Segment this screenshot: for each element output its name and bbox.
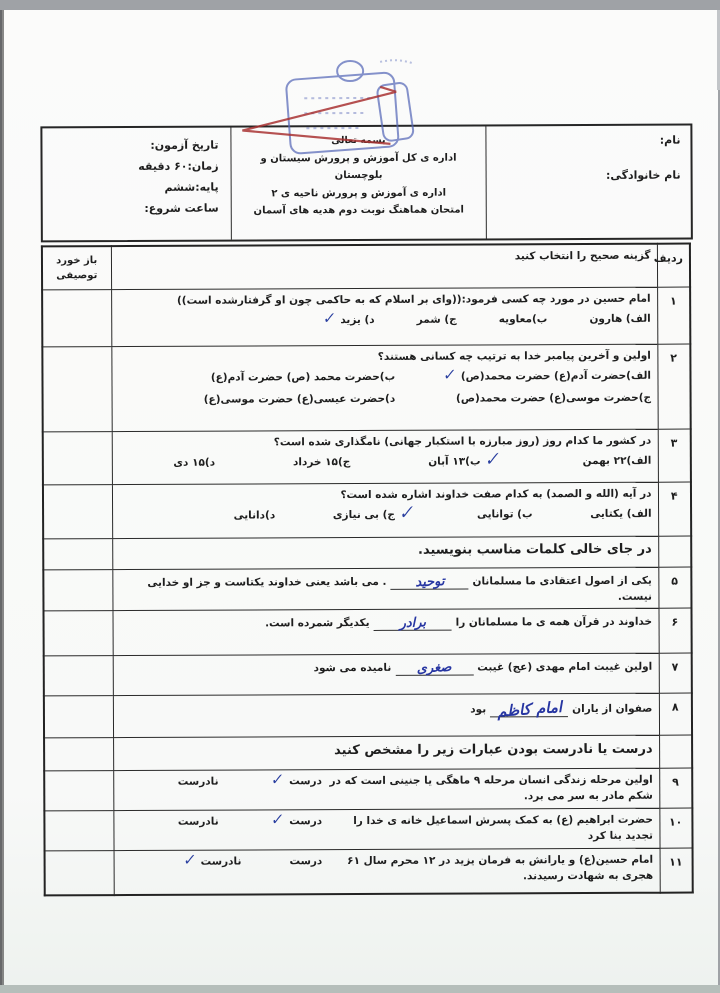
- start-time-label: ساعت شروع:: [55, 198, 219, 220]
- question-row-10: ۱۰ حضرت ابراهیم (ع) به کمک پسرش اسماعیل …: [44, 808, 692, 850]
- option-d: د) یزید: [340, 314, 374, 326]
- handwritten-answer: برادر: [399, 616, 426, 631]
- handwritten-answer: امام کاظم: [496, 699, 562, 720]
- handwritten-answer: صغری: [417, 661, 452, 677]
- question-number: ۵: [658, 567, 691, 609]
- question-row-5: ۵ یکی از اصول اعتقادی ما مسلمانانتوحید. …: [43, 567, 691, 611]
- table-header-row: ردیف گزینه صحیح را انتخاب کنید باز خورد …: [42, 244, 690, 290]
- option-a: الف) یکتایی: [590, 505, 651, 522]
- true-false-question: امام حسین(ع) و یارانش به فرمان یزید در ۱…: [120, 851, 653, 886]
- section2-header-row: در جای خالی کلمات مناسب بنویسید.: [43, 536, 691, 570]
- bismillah-line: بسمه تعالی: [235, 132, 481, 150]
- duration-label: زمان:۶۰ دقیقه: [55, 157, 219, 179]
- fill-question: اولین غیبت امام مهدی (عج) غیبتصغرینامیده…: [119, 659, 652, 678]
- false-label: نادرست: [201, 855, 242, 867]
- answer-checkmark: ✓: [484, 451, 501, 468]
- options-row: الف) یکتایی ب) توانایی ✓ج) بی نیازی د)دا…: [119, 505, 652, 524]
- row-number-column-header: ردیف: [657, 244, 690, 287]
- question-text: در کشور ما کدام روز (روز مبارزه با استکب…: [118, 432, 651, 451]
- answer-blank: برادر: [374, 616, 452, 632]
- true-false-options: درست✓ نادرست: [178, 773, 322, 790]
- question-text-after: یکدیگر شمرده است.: [265, 617, 370, 629]
- options-row: الف) هارون ب)معاویه ج) شمر د) یزید✓: [118, 310, 651, 329]
- question-number: ۷: [659, 653, 692, 693]
- exam-date-label: تاریخ آزمون:: [54, 136, 218, 158]
- question-text-before: صفوان از یاران: [572, 703, 652, 715]
- exam-info-section: تاریخ آزمون: زمان:۶۰ دقیقه پایه:ششم ساعت…: [42, 128, 230, 241]
- feedback-cell: [44, 696, 113, 738]
- question-number: ۴: [658, 482, 691, 536]
- option-d-selected: د) یزید✓: [318, 312, 375, 329]
- answer-checkmark: ✓: [271, 813, 285, 826]
- grade-label: پایه:ششم: [55, 177, 219, 199]
- answer-checkmark: ✓: [182, 853, 196, 866]
- section3-title: درست یا نادرست بودن عبارات زیر را مشخص ک…: [113, 735, 659, 770]
- feedback-cell: [42, 346, 111, 431]
- answer-checkmark: ✓: [443, 368, 457, 381]
- feedback-cell: [43, 484, 112, 538]
- true-false-question: حضرت ابراهیم (ع) به کمک پسرش اسماعیل خان…: [120, 812, 653, 847]
- feedback-cell: [44, 771, 113, 811]
- option-d: د)حضرت عیسی(ع) حضرت موسی(ع): [118, 391, 395, 408]
- question-text: حضرت ابراهیم (ع) به کمک پسرش اسماعیل خان…: [322, 812, 653, 846]
- feedback-column-header: باز خورد توصیفی: [42, 246, 111, 289]
- feedback-cell: [45, 850, 114, 895]
- exam-title-line: امتحان هماهنگ نوبت دوم هدیه های آسمان: [236, 202, 482, 221]
- name-label: نام:: [496, 134, 680, 148]
- false-option-selected: نادرست✓: [178, 853, 241, 870]
- section1-title: گزینه صحیح را انتخاب کنید: [111, 244, 657, 289]
- option-c-selected: ✓ج) بی نیازی: [333, 507, 419, 524]
- question-text: اولین و آخرین پیامبر خدا به ترتیب چه کسا…: [118, 347, 651, 366]
- fill-question: صفوان از یارانامام کاظمبود: [119, 699, 652, 720]
- empty-number-cell: [658, 536, 691, 567]
- true-option-selected: درست✓: [267, 813, 323, 830]
- question-row-1: ۱ امام حسین در مورد چه کسی فرمود:((وای ب…: [42, 287, 690, 347]
- scanned-exam-page: نام: نام خانوادگی: بسمه تعالی اداره ی کل…: [0, 0, 720, 993]
- question-text: امام حسین در مورد چه کسی فرمود:((وای بر …: [118, 290, 651, 309]
- true-false-options: درست✓ نادرست: [178, 813, 322, 830]
- options-grid: الف)حضرت آدم(ع) حضرت محمد(ص)✓ ب)حضرت محم…: [118, 367, 651, 408]
- question-text-after: نامیده می شود: [314, 662, 392, 674]
- question-text-before: خداوند در قرآن همه ی ما مسلمانان را: [456, 616, 653, 629]
- question-text: در آیه (الله و الصمد) به کدام صفت خداوند…: [118, 485, 651, 504]
- question-row-8: ۸ صفوان از یارانامام کاظمبود: [44, 693, 692, 738]
- section3-header-row: درست یا نادرست بودن عبارات زیر را مشخص ک…: [44, 735, 692, 771]
- question-text-after: بود: [470, 704, 486, 716]
- true-false-options: درست نادرست✓: [178, 853, 322, 870]
- org-line-2: اداره ی آموزش و پرورش ناحیه ی ۲: [236, 184, 482, 203]
- option-d: د)دانایی: [234, 507, 276, 523]
- true-label: درست: [289, 775, 322, 787]
- question-number: ۶: [658, 608, 691, 653]
- true-label: درست: [289, 853, 322, 869]
- fill-question: خداوند در قرآن همه ی ما مسلمانان رابرادر…: [119, 614, 652, 633]
- option-b: ب)حضرت محمد (ص) حضرت آدم(ع): [118, 369, 395, 386]
- option-c: ج) بی نیازی: [333, 509, 395, 521]
- question-row-9: ۹ اولین مرحله زندگی انسان مرحله ۹ ماهگی …: [44, 768, 692, 811]
- false-label: نادرست: [178, 814, 219, 830]
- question-number: ۱: [657, 287, 690, 344]
- question-row-11: ۱۱ امام حسین(ع) و یارانش به فرمان یزید د…: [45, 848, 693, 896]
- fill-question: یکی از اصول اعتقادی ما مسلمانانتوحید. می…: [119, 572, 652, 607]
- option-a-selected: الف)حضرت آدم(ع) حضرت محمد(ص)✓: [395, 367, 651, 384]
- option-a: الف)حضرت آدم(ع) حضرت محمد(ص): [461, 369, 651, 382]
- exam-header-box: نام: نام خانوادگی: بسمه تعالی اداره ی کل…: [40, 124, 692, 243]
- question-number: ۱۰: [659, 808, 692, 848]
- question-text-before: اولین غیبت امام مهدی (عج) غیبت: [477, 661, 652, 674]
- answer-blank: توحید: [390, 574, 468, 590]
- answer-blank: صغری: [395, 661, 473, 677]
- question-number: ۹: [659, 768, 692, 808]
- question-text: اولین مرحله زندگی انسان مرحله ۹ ماهگی یا…: [322, 772, 653, 806]
- feedback-cell: [43, 431, 112, 484]
- empty-number-cell: [659, 735, 692, 768]
- feedback-cell: [42, 289, 111, 346]
- option-b-selected: ✓ب)۱۳ آبان: [428, 453, 505, 470]
- question-row-6: ۶ خداوند در قرآن همه ی ما مسلمانان رابرا…: [43, 608, 691, 656]
- option-c: ج) شمر: [417, 311, 457, 327]
- question-text: امام حسین(ع) و یارانش به فرمان یزید در ۱…: [322, 851, 653, 885]
- option-b: ب) توانایی: [477, 506, 533, 523]
- question-row-7: ۷ اولین غیبت امام مهدی (عج) غیبتصغرینامی…: [44, 653, 692, 696]
- answer-checkmark: ✓: [271, 773, 285, 786]
- option-c: ج)حضرت موسی(ع) حضرت محمد(ص): [395, 390, 651, 407]
- question-text-before: یکی از اصول اعتقادی ما مسلمانان: [472, 574, 651, 587]
- true-false-question: اولین مرحله زندگی انسان مرحله ۹ ماهگی یا…: [120, 772, 653, 807]
- answer-blank: امام کاظم: [490, 699, 568, 717]
- answer-checkmark: ✓: [322, 311, 336, 324]
- question-number: ۸: [659, 693, 692, 735]
- answer-checkmark: ✓: [398, 505, 415, 522]
- question-number: ۳: [658, 429, 691, 482]
- true-label: درست: [289, 815, 322, 827]
- option-a: الف) هارون: [589, 310, 650, 327]
- family-name-label: نام خانوادگی:: [497, 169, 681, 183]
- feedback-cell: [44, 811, 113, 851]
- option-a: الف)۲۲ بهمن: [583, 452, 652, 469]
- option-c: ج)۱۵ خرداد: [293, 454, 350, 471]
- institution-section: بسمه تعالی اداره ی کل آموزش و پرورش سیست…: [230, 126, 485, 239]
- question-row-4: ۴ در آیه (الله و الصمد) به کدام صفت خداو…: [43, 482, 691, 539]
- question-number: ۱۱: [660, 848, 693, 893]
- question-row-3: ۳ در کشور ما کدام روز (روز مبارزه با است…: [43, 429, 691, 485]
- student-name-section: نام: نام خانوادگی:: [485, 126, 690, 239]
- section2-title: در جای خالی کلمات مناسب بنویسید.: [112, 536, 658, 569]
- question-number: ۲: [657, 344, 690, 429]
- exam-questions-table: ردیف گزینه صحیح را انتخاب کنید باز خورد …: [41, 243, 694, 897]
- handwritten-answer: توحید: [415, 575, 445, 590]
- options-row: الف)۲۲ بهمن ✓ب)۱۳ آبان ج)۱۵ خرداد د)۱۵ د…: [118, 452, 651, 471]
- option-b: ب)۱۳ آبان: [428, 455, 480, 467]
- option-b: ب)معاویه: [499, 311, 548, 327]
- feedback-cell: [44, 738, 113, 771]
- feedback-cell: [44, 656, 113, 696]
- feedback-cell: [43, 569, 112, 611]
- question-row-2: ۲ اولین و آخرین پیامبر خدا به ترتیب چه ک…: [42, 344, 690, 432]
- false-label: نادرست: [178, 774, 219, 790]
- feedback-cell: [43, 611, 112, 656]
- feedback-cell: [43, 538, 112, 569]
- true-option-selected: درست✓: [266, 773, 322, 790]
- org-line-1: اداره ی کل آموزش و پرورش سیستان و بلوچست…: [235, 149, 481, 185]
- option-d: د)۱۵ دی: [173, 454, 215, 470]
